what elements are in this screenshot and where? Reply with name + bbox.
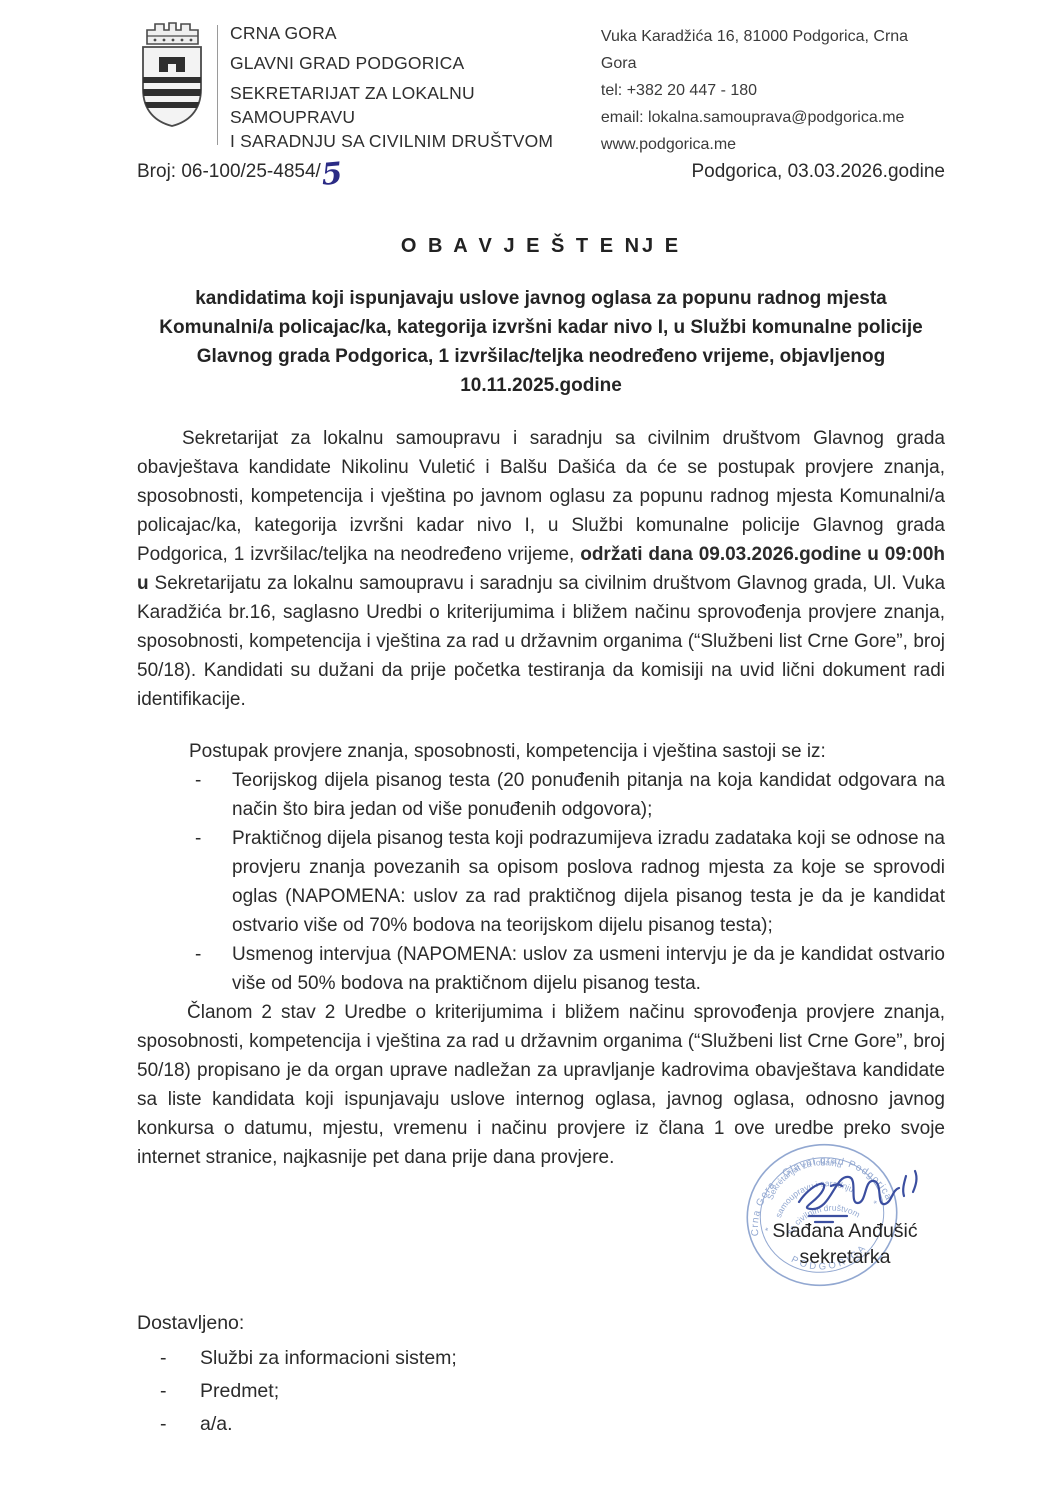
distribution-item-text: Službi za informacioni sistem; [200, 1342, 457, 1375]
distribution-block: Dostavljeno: - Službi za informacioni si… [137, 1308, 945, 1441]
distribution-item: - a/a. [137, 1408, 945, 1441]
subject-line-3: Glavnog grada Podgorica, 1 izvršilac/tel… [137, 342, 945, 371]
reference-number: Broj: 06-100/25-4854/5 [137, 161, 342, 183]
org-email: email: lokalna.samouprava@podgorica.me [601, 104, 945, 131]
distribution-item-text: Predmet; [200, 1375, 279, 1408]
document-page: CRNA GORA GLAVNI GRAD PODGORICA SEKRETAR… [0, 0, 1058, 1497]
letterhead-divider [217, 25, 218, 145]
letterhead: CRNA GORA GLAVNI GRAD PODGORICA SEKRETAR… [137, 15, 945, 137]
distribution-item-text: a/a. [200, 1408, 233, 1441]
signatory-role: sekretarka [675, 1246, 1015, 1269]
list-item-text: Teorijskog dijela pisanog testa (20 ponu… [232, 766, 945, 824]
subject-line-2: Komunalni/a policajac/ka, kategorija izv… [137, 313, 945, 342]
distribution-label: Dostavljeno: [137, 1308, 945, 1338]
distribution-item: - Službi za informacioni sistem; [137, 1342, 945, 1375]
list-item: - Usmenog intervjua (NAPOMENA: uslov za … [137, 940, 945, 998]
bullet-dash: - [160, 1342, 200, 1375]
procedure-list: - Teorijskog dijela pisanog testa (20 po… [137, 766, 945, 998]
reference-row: Broj: 06-100/25-4854/5 Podgorica, 03.03.… [137, 161, 945, 183]
letterhead-left: CRNA GORA GLAVNI GRAD PODGORICA SEKRETAR… [137, 15, 601, 153]
bullet-dash: - [195, 824, 232, 940]
list-item: - Praktičnog dijela pisanog testa koji p… [137, 824, 945, 940]
coat-of-arms-icon [137, 17, 207, 129]
org-secretariat-line1: SEKRETARIJAT ZA LOKALNU SAMOUPRAVU [230, 81, 601, 129]
organization-block: CRNA GORA GLAVNI GRAD PODGORICA SEKRETAR… [230, 15, 601, 153]
distribution-item: - Predmet; [137, 1375, 945, 1408]
contact-block: Vuka Karadžića 16, 81000 Podgorica, Crna… [601, 15, 945, 158]
list-item-text: Usmenog intervjua (NAPOMENA: uslov za us… [232, 940, 945, 998]
org-address: Vuka Karadžića 16, 81000 Podgorica, Crna… [601, 23, 945, 77]
place-and-date: Podgorica, 03.03.2026.godine [691, 161, 945, 183]
list-item-text: Praktičnog dijela pisanog testa koji pod… [232, 824, 945, 940]
body-paragraph-1: Sekretarijat za lokalnu samoupravu i sar… [137, 424, 945, 714]
org-country: CRNA GORA [230, 23, 601, 44]
handwritten-case-number: 5 [321, 169, 343, 181]
bullet-dash: - [160, 1408, 200, 1441]
bullet-dash: - [195, 766, 232, 824]
reference-number-label: Broj: 06-100/25-4854/ [137, 161, 321, 182]
org-phone: tel: +382 20 447 - 180 [601, 77, 945, 104]
org-secretariat-line2: I SARADNJU SA CIVILNIM DRUŠTVOM [230, 129, 601, 153]
document-title: O B A V J E Š T E NJ E [137, 235, 945, 258]
signature-area: Crna Gora · Glavni grad Podgorica Sekret… [137, 1142, 945, 1292]
list-item: - Teorijskog dijela pisanog testa (20 po… [137, 766, 945, 824]
para1-text-cont: Sekretarijatu za lokalnu samoupravu i sa… [137, 573, 945, 710]
org-website: www.podgorica.me [601, 131, 945, 158]
procedure-intro: Postupak provjere znanja, sposobnosti, k… [137, 737, 945, 766]
subject-line-4: 10.11.2025.godine [137, 371, 945, 400]
signatory-name: Slađana Anđušić [675, 1220, 1015, 1243]
bullet-dash: - [160, 1375, 200, 1408]
bullet-dash: - [195, 940, 232, 998]
org-city: GLAVNI GRAD PODGORICA [230, 53, 601, 74]
subject-block: kandidatima koji ispunjavaju uslove javn… [137, 284, 945, 400]
subject-line-1: kandidatima koji ispunjavaju uslove javn… [137, 284, 945, 313]
